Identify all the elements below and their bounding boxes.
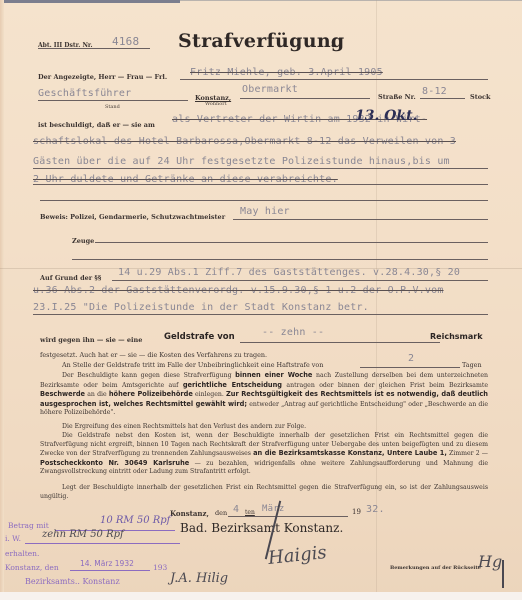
payment-amount-value: 10 RM 50 Rpf: [100, 515, 170, 526]
payment-year: 193: [153, 563, 167, 572]
paper-edge: [0, 592, 522, 600]
legal-basis-label: Auf Grund der §§: [40, 274, 101, 282]
offense-date-handwritten: 13. Okt.: [355, 108, 417, 124]
payment-words-value: zehn RM 50 Rpf: [42, 529, 124, 540]
legal-basis-underline-1: [112, 280, 488, 281]
charge-underline-5: [40, 200, 488, 201]
payment-office: Bezirksamts.. Konstanz: [25, 577, 120, 586]
charge-line-3: Gästen über die auf 24 Uhr festgesetzte …: [33, 156, 450, 167]
issuance-day: 4: [233, 504, 239, 515]
residence-value: Obermarkt: [242, 84, 298, 95]
title-period: .: [330, 30, 337, 52]
paper-edge: [180, 0, 522, 1]
page-title: Strafverfügung: [178, 30, 345, 52]
detention-text: An Stelle der Geldstrafe tritt im Falle …: [62, 361, 323, 369]
legal-basis-underline-3: [33, 314, 488, 315]
occupation-caption: Stand: [105, 104, 120, 110]
paper-edge: [0, 0, 4, 600]
witness-underline-2: [72, 259, 488, 260]
witness-label: Zeuge: [72, 237, 94, 245]
remarks-label: Bemerkungen auf der Rückseite: [390, 565, 481, 571]
document-page: Abt. III Dstr. Nr. 4168 Strafverfügung .…: [0, 0, 522, 600]
fine-currency: Reichsmark: [430, 332, 483, 341]
issuance-ten: ten: [245, 509, 255, 516]
evidence-label: Beweis: Polizei, Gendarmerie, Schutzwach…: [40, 213, 225, 221]
residence-caption: Wohnort: [205, 101, 227, 107]
issuance-den: den: [215, 509, 227, 517]
detention-unit: Tagen: [462, 361, 482, 369]
street-label: Straße Nr.: [378, 93, 416, 101]
remarks-initial: Hg: [478, 552, 502, 571]
charge-label: ist beschuldigt, daß er — sie am: [38, 121, 155, 129]
official-signature: Haigis: [267, 542, 328, 569]
evidence-value: May hier: [240, 206, 290, 217]
payment-received: erhalten.: [5, 549, 39, 558]
issuance-month: März: [262, 504, 284, 514]
costs-text: festgesetzt. Auch hat er — sie — die Kos…: [40, 351, 267, 359]
issuing-authority: Bad. Bezirksamt Konstanz.: [180, 521, 343, 535]
issuance-underline: [228, 516, 348, 517]
instructions-paragraph-1: Der Beschuldigte kann gegen diese Strafv…: [40, 371, 488, 418]
payment-date-label: Konstanz, den: [5, 563, 59, 572]
accused-label: Der Angezeigte, Herr — Frau — Frl.: [38, 73, 167, 81]
issuance-city: Konstanz,: [170, 509, 209, 518]
instructions-paragraph-2: Die Ergreifung des einen Rechtsmittels h…: [40, 423, 488, 432]
reference-number: 4168: [112, 35, 139, 48]
legal-basis-line-2: u.36 Abs.2 der Gaststättenverordg. v.15.…: [33, 285, 444, 296]
charge-underline-3: [33, 168, 488, 169]
accused-name: Fritz Miehle, geb. 3.April 1905: [190, 67, 383, 78]
fine-amount: -- zehn --: [262, 327, 324, 338]
occupation-value: Geschäftsführer: [38, 88, 131, 99]
charge-line-2: schaftslokal des Hotel Barbarossa,Oberma…: [33, 136, 456, 147]
fine-label: Geldstrafe von: [164, 332, 235, 342]
paper-edge: [0, 0, 180, 3]
payment-date: 14. März 1932: [80, 559, 134, 568]
charge-underline-4: [33, 184, 488, 185]
payment-words-label: i. W.: [5, 534, 21, 543]
detention-underline: [360, 367, 460, 368]
street-number: 8-12: [422, 86, 447, 97]
detention-days: 2: [408, 353, 414, 364]
fine-prefix: wird gegen ihn — sie — eine: [40, 336, 142, 344]
payment-underline-2: [25, 543, 180, 544]
remarks-stroke: [502, 560, 504, 588]
issuance-year-prefix: 19: [352, 508, 361, 516]
instructions-paragraph-4: Legt der Beschuldigte innerhalb der gese…: [40, 484, 488, 501]
floor-label: Stock: [470, 93, 491, 101]
payment-underline-3: [70, 570, 150, 571]
witness-underline: [95, 242, 488, 243]
legal-basis-line-1: 14 u.29 Abs.1 Ziff.7 des Gaststättenges.…: [118, 267, 460, 278]
legal-basis-line-3: 23.I.25 "Die Polizeistunde in der Stadt …: [33, 302, 369, 313]
evidence-underline: [233, 219, 488, 220]
instructions-paragraph-3: Die Geldstrafe nebst den Kosten ist, wen…: [40, 432, 488, 477]
residence-underline: [240, 98, 370, 99]
reference-underline: [38, 48, 150, 49]
fine-underline: [240, 342, 440, 343]
accused-underline: [180, 79, 488, 80]
street-underline: [420, 98, 465, 99]
clerk-signature: J.A. Hilig: [170, 571, 228, 586]
issuance-year-suffix: 32.: [366, 504, 385, 515]
occupation-underline: [38, 100, 188, 101]
